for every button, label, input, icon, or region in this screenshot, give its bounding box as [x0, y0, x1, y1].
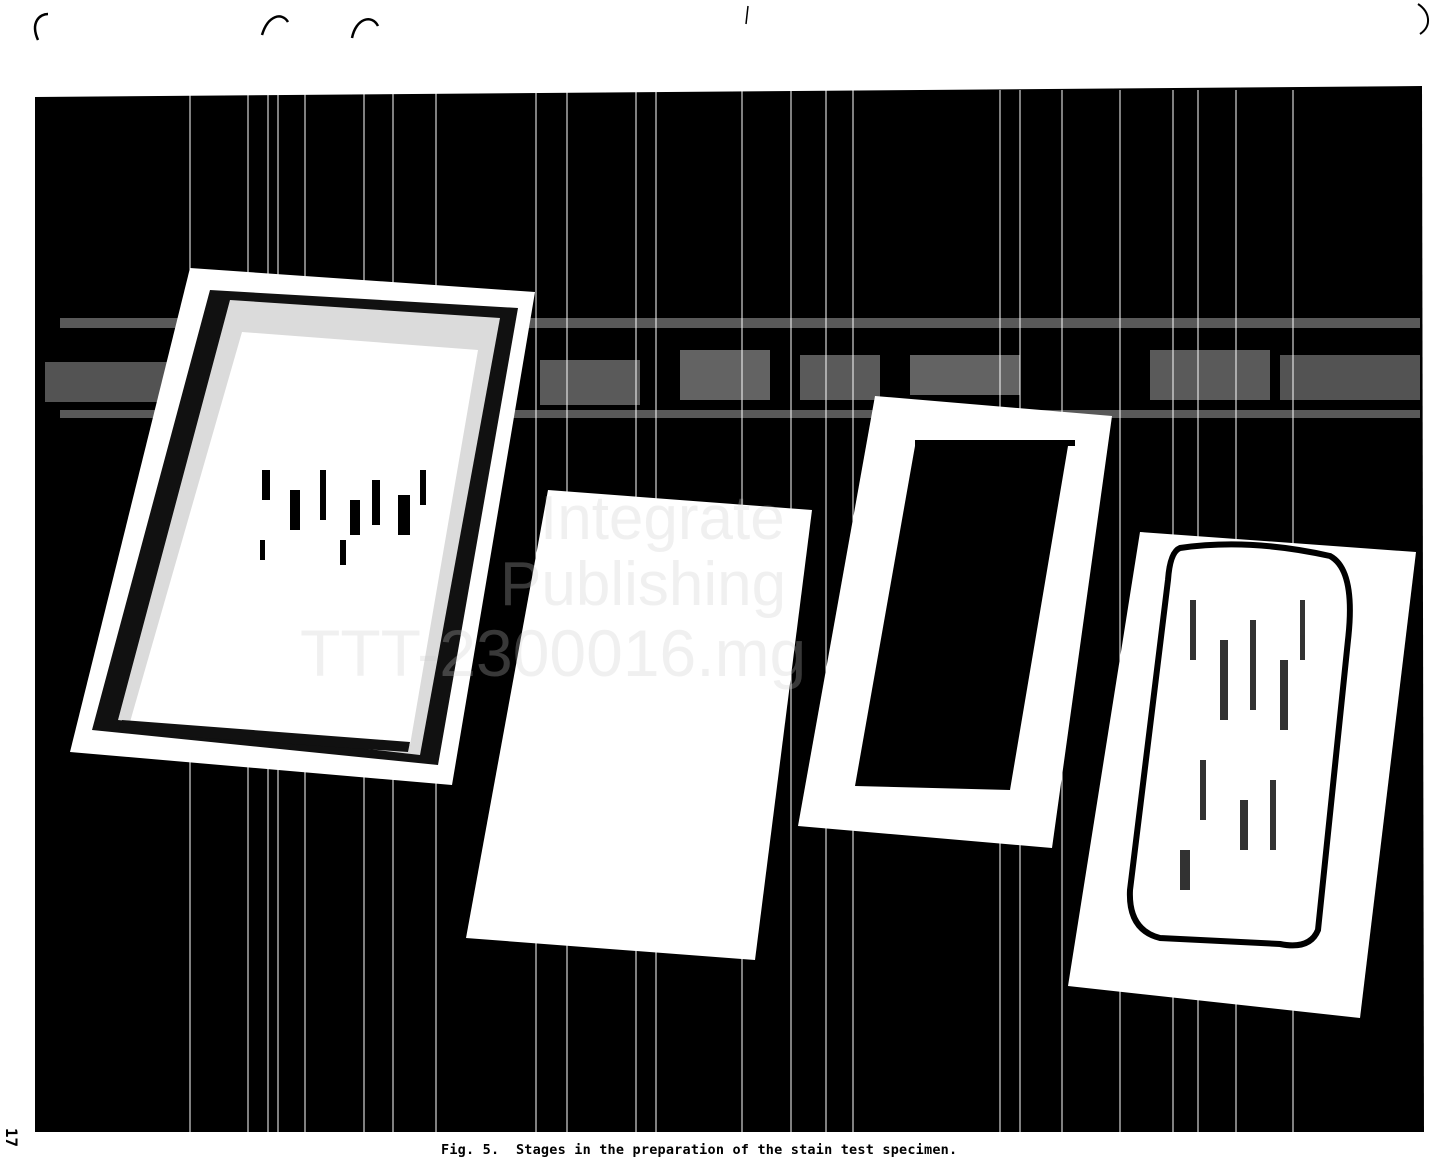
- figure-photograph: [0, 0, 1440, 1166]
- document-page: Integrate Publishing TTT-2300016.mg Fig.…: [0, 0, 1440, 1166]
- figure-label: Fig. 5.: [441, 1142, 499, 1158]
- hole-mark-icon: [35, 14, 48, 40]
- figure-caption-text: Stages in the preparation of the stain t…: [516, 1142, 957, 1158]
- page-number: 17: [2, 1128, 21, 1147]
- figure-caption: Fig. 5. Stages in the preparation of the…: [441, 1142, 957, 1158]
